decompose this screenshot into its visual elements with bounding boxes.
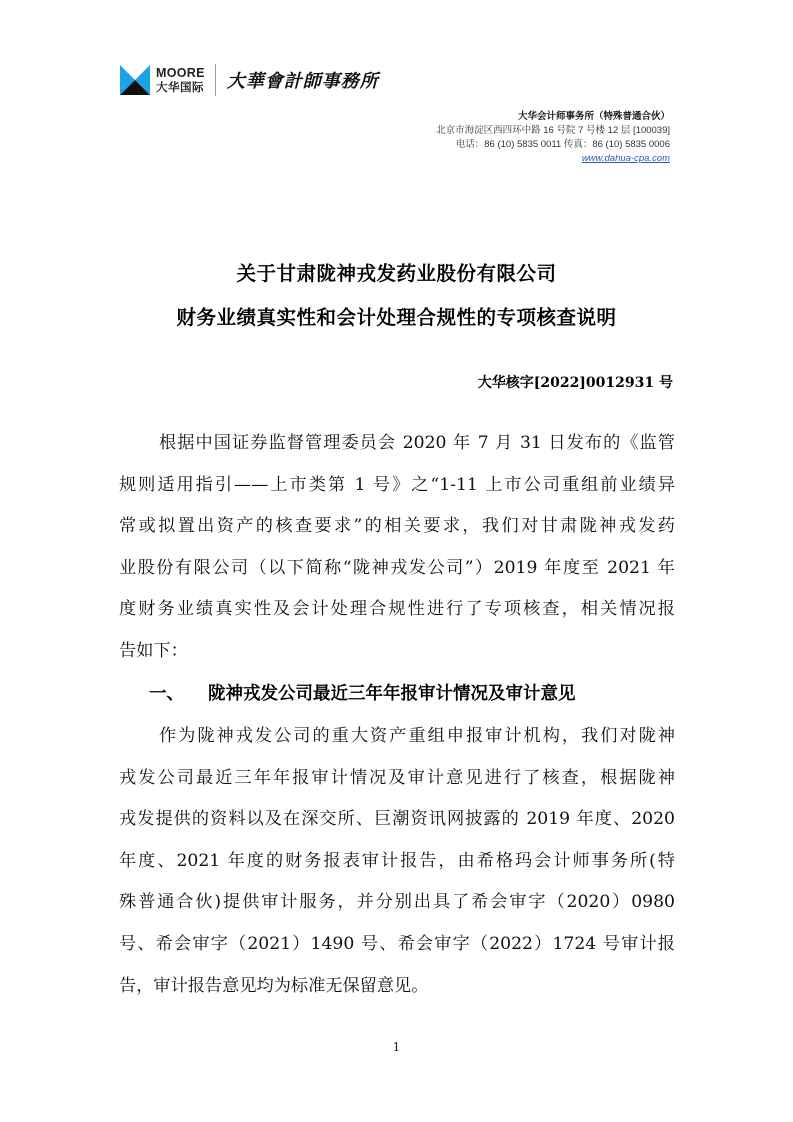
- firm-info-block: 大华会计师事务所（特殊普通合伙） 北京市海淀区西四环中路 16 号院 7 号楼 …: [436, 110, 670, 166]
- firm-contact: 电话：86 (10) 5835 0011 传真：86 (10) 5835 000…: [436, 138, 670, 152]
- paragraph-line: 根据中国证券监督管理委员会 2020 年 7 月 31 日发布的《监管: [119, 423, 675, 465]
- paragraph-intro: 根据中国证券监督管理委员会 2020 年 7 月 31 日发布的《监管 规则适用…: [119, 423, 675, 673]
- document-title-line2: 财务业绩真实性和会计处理合规性的专项核查说明: [0, 302, 793, 330]
- paragraph-section1: 作为陇神戎发公司的重大资产重组申报审计机构，我们对陇神 戎发公司最近三年年报审计…: [119, 716, 675, 1007]
- moore-logo-icon: [120, 65, 150, 95]
- paragraph-line: 戎发提供的资料以及在深交所、巨潮资讯网披露的 2019 年度、2020: [119, 799, 675, 841]
- section-title: 陇神戎发公司最近三年年报审计情况及审计意见: [208, 684, 576, 704]
- paragraph-line: 告，审计报告意见均为标准无保留意见。: [119, 966, 675, 1008]
- firm-name: 大华会计师事务所（特殊普通合伙）: [436, 110, 670, 124]
- paragraph-line: 度财务业绩真实性及会计处理合规性进行了专项核查，相关情况报: [119, 589, 675, 631]
- document-reference-number: 大华核字[2022]0012931 号: [478, 372, 673, 392]
- paragraph-line: 作为陇神戎发公司的重大资产重组申报审计机构，我们对陇神: [119, 716, 675, 758]
- firm-calligraphy-logo: 大華會計師事務所: [227, 67, 379, 93]
- paragraph-line: 规则适用指引——上市类第 1 号》之“1-11 上市公司重组前业绩异: [119, 465, 675, 507]
- paragraph-line: 常或拟置出资产的核查要求”的相关要求，我们对甘肃陇神戎发药: [119, 506, 675, 548]
- page-number: 1: [0, 1040, 793, 1054]
- document-title-line1: 关于甘肃陇神戎发药业股份有限公司: [0, 258, 793, 286]
- paragraph-line: 戎发公司最近三年年报审计情况及审计意见进行了核查，根据陇神: [119, 758, 675, 800]
- firm-website-link[interactable]: www.dahua-cpa.com: [436, 152, 670, 166]
- paragraph-line: 告如下：: [119, 631, 675, 673]
- paragraph-line: 业股份有限公司（以下简称“陇神戎发公司”）2019 年度至 2021 年: [119, 548, 675, 590]
- paragraph-line: 年度、2021 年度的财务报表审计报告，由希格玛会计师事务所(特: [119, 841, 675, 883]
- section-heading-1: 一、陇神戎发公司最近三年年报审计情况及审计意见: [149, 675, 576, 713]
- brand-cn: 大华国际: [156, 82, 205, 94]
- moore-wordmark: MOORE 大华国际: [156, 67, 205, 93]
- paragraph-line: 号、希会审字（2021）1490 号、希会审字（2022）1724 号审计报: [119, 924, 675, 966]
- brand-en: MOORE: [156, 67, 205, 80]
- paragraph-line: 殊普通合伙)提供审计服务，并分别出具了希会审字（2020）0980: [119, 882, 675, 924]
- firm-logo: MOORE 大华国际 大華會計師事務所: [120, 63, 379, 97]
- logo-divider: [215, 64, 216, 96]
- firm-address: 北京市海淀区西四环中路 16 号院 7 号楼 12 层 [100039]: [436, 124, 670, 138]
- section-number: 一、: [149, 684, 184, 704]
